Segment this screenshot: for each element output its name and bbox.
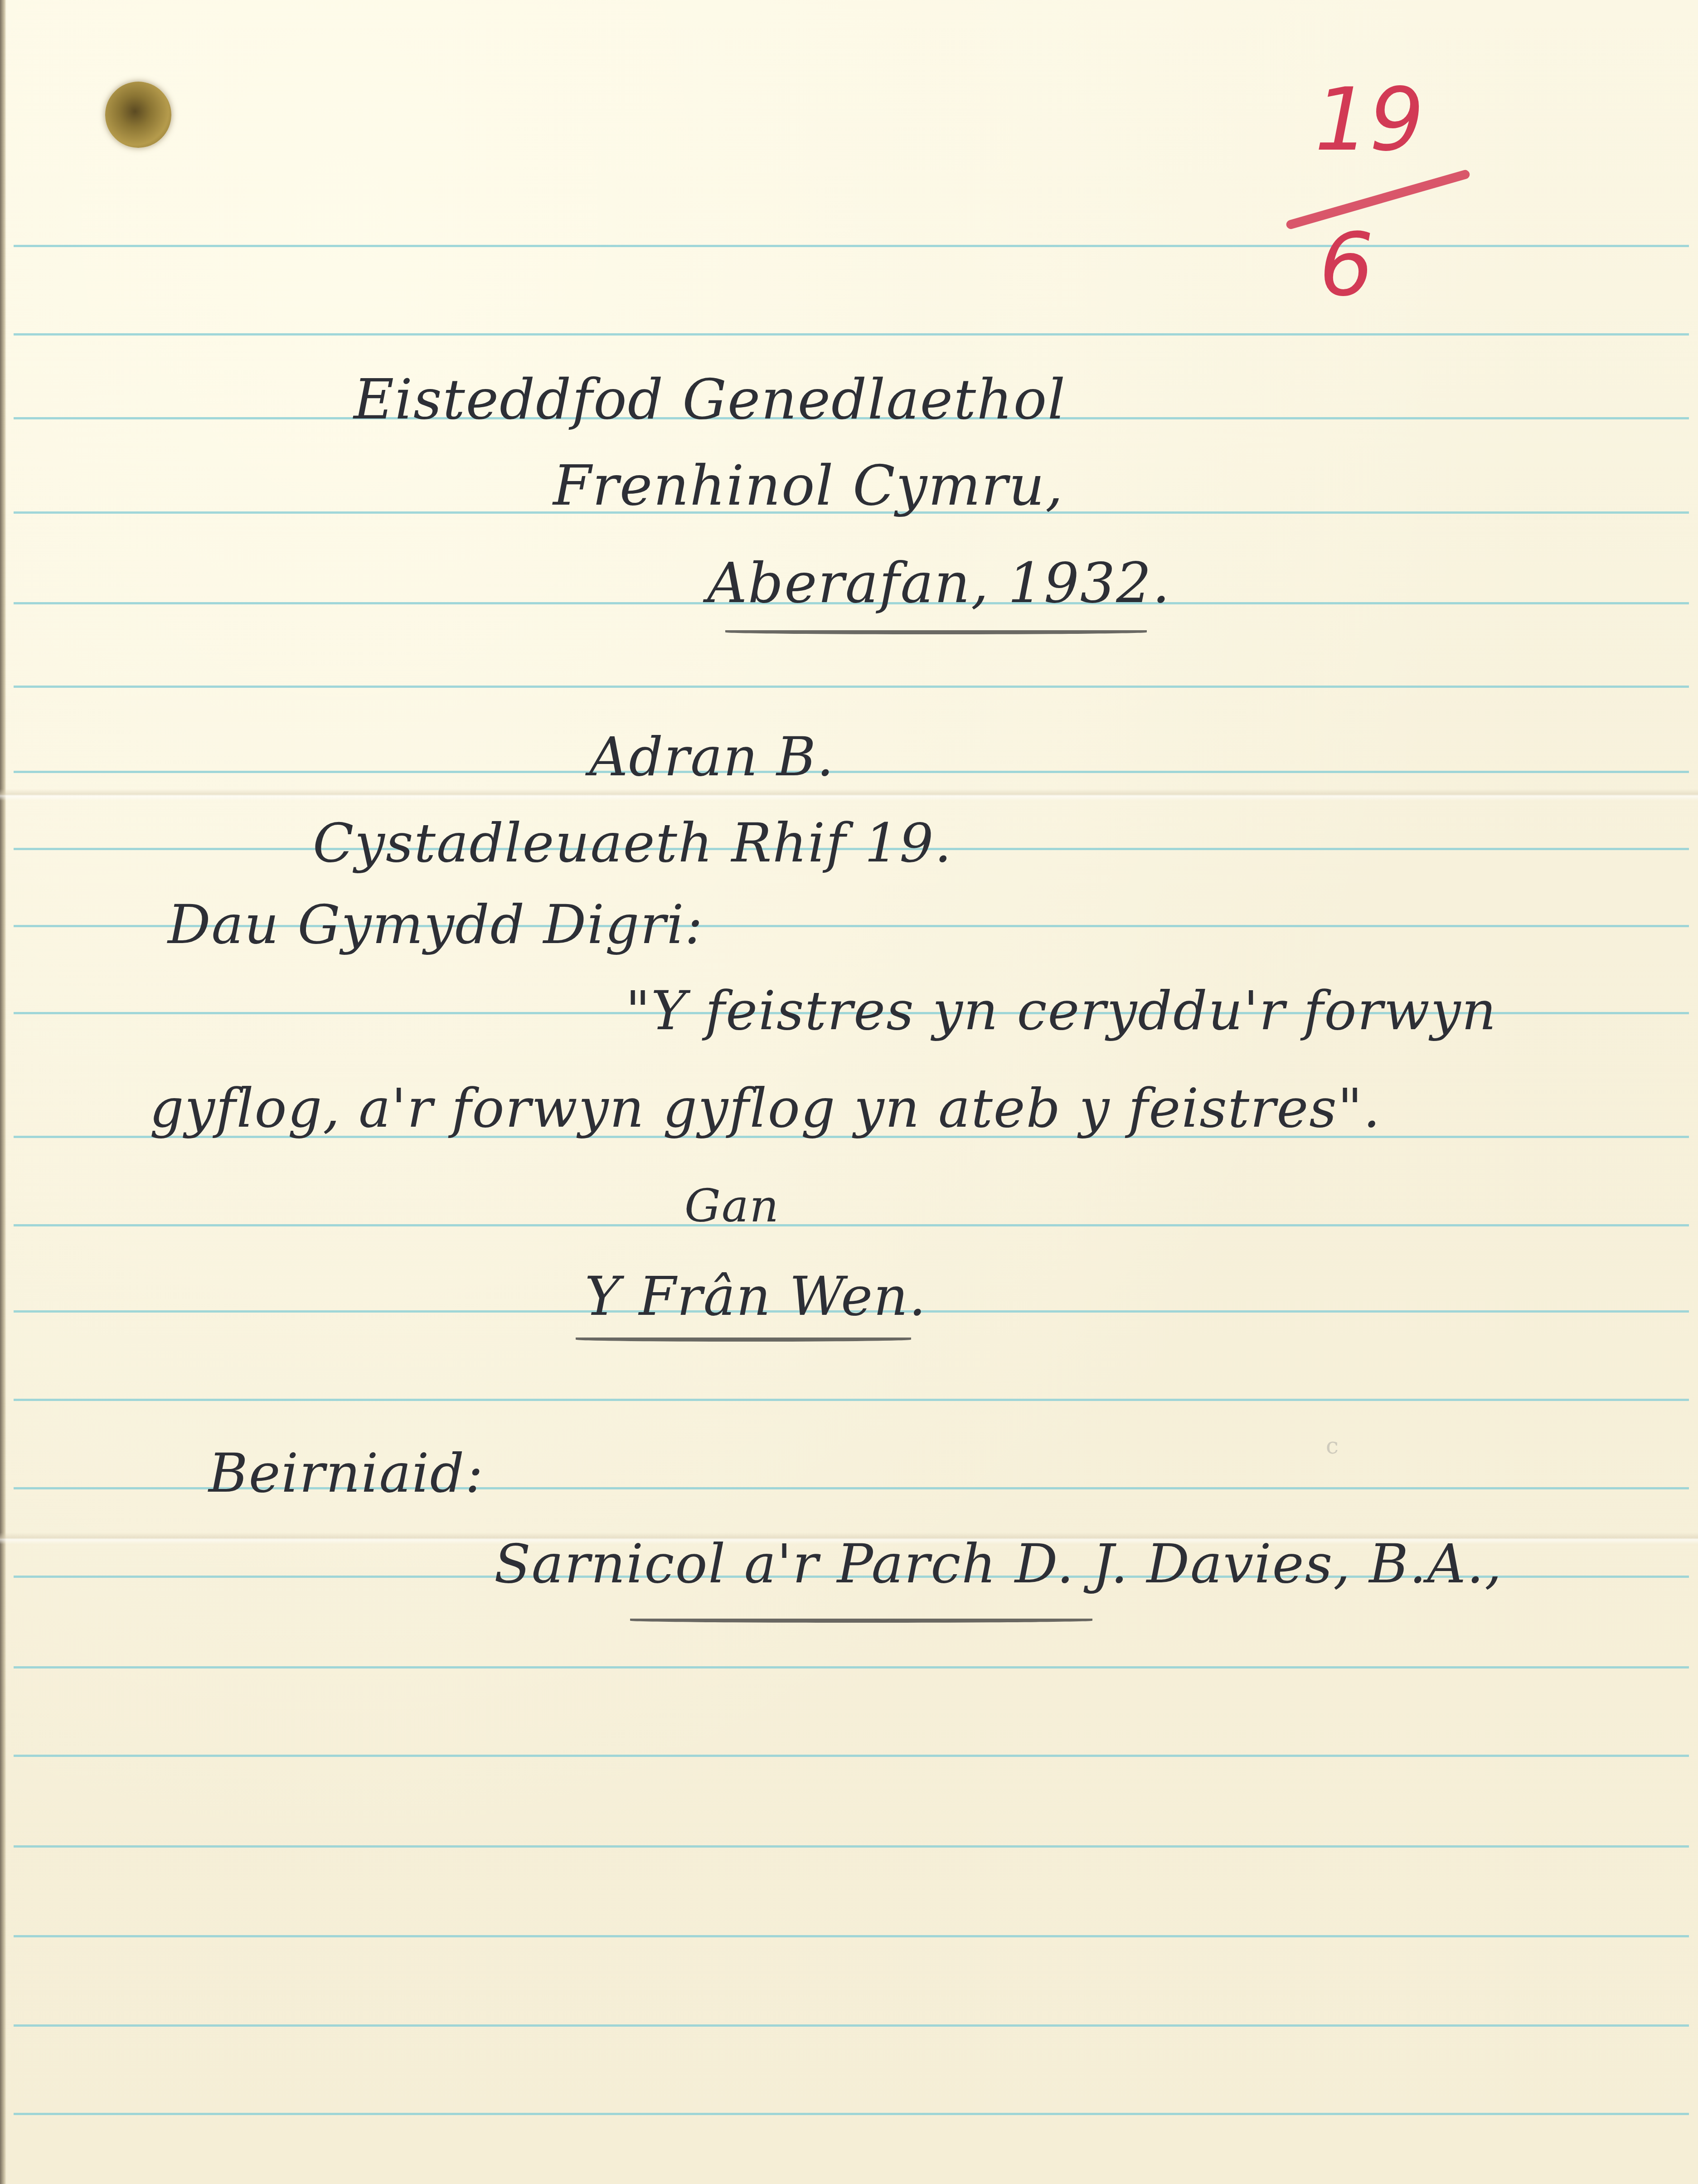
title-line-1: "Y feistres yn ceryddu'r forwyn [626, 984, 1497, 1037]
ruled-line [14, 2024, 1689, 2027]
competition-number: Cystadleuaeth Rhif 19. [313, 816, 952, 870]
document-page: 19 6 Eisteddfod Genedlaethol Frenhinol C… [0, 0, 1698, 2184]
paper-fold [0, 789, 1698, 801]
ruled-line [14, 1399, 1689, 1401]
grade-denominator: 6 [1319, 222, 1374, 308]
title-line-2: gyflog, a'r forwyn gyflog yn ateb y feis… [150, 1081, 1381, 1135]
adjudicators-label: Beirniaid: [209, 1446, 484, 1500]
ruled-line [14, 2113, 1689, 2115]
grade-fraction-slash [1285, 169, 1470, 230]
section-label: Adran B. [589, 730, 834, 783]
header-underline-flourish [725, 630, 1147, 634]
subject-label: Dau Gymydd Digri: [168, 898, 703, 951]
ruled-line [14, 1666, 1689, 1668]
paper-left-edge [0, 0, 6, 2184]
ruled-line [14, 1935, 1689, 1937]
brass-fastener-icon [105, 82, 171, 148]
grade-numerator: 19 [1315, 77, 1424, 163]
pen-name-underline-flourish [576, 1338, 911, 1342]
by-label: Gan [684, 1183, 780, 1229]
header-line-1: Eisteddfod Genedlaethol [354, 372, 1066, 427]
ruled-line [14, 686, 1689, 688]
ruled-line [14, 1755, 1689, 1757]
grade-mark: 19 6 [1278, 73, 1469, 345]
ruled-line [14, 1224, 1689, 1226]
ruled-line [14, 771, 1689, 773]
header-line-3: Aberafan, 1932. [707, 555, 1171, 611]
adjudicators-names: Sarnicol a'r Parch D. J. Davies, B.A., [494, 1537, 1503, 1591]
adjudicators-underline-flourish [630, 1619, 1092, 1623]
ruled-line [14, 1845, 1689, 1848]
pen-name: Y Frân Wen. [585, 1270, 927, 1323]
faint-pencil-mark: c [1326, 1433, 1339, 1459]
header-line-2: Frenhinol Cymru, [553, 458, 1064, 513]
